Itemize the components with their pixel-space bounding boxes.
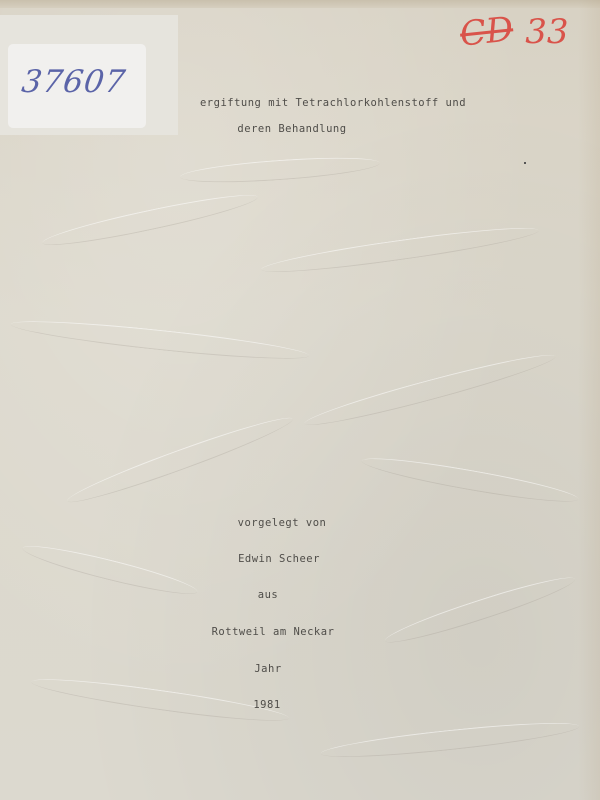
hometown: Rottweil am Neckar: [212, 626, 335, 638]
paper-texture: [64, 410, 296, 511]
from-label: aus: [258, 589, 278, 601]
red-handwritten-annotation: CD33: [460, 12, 569, 52]
submitted-by-label: vorgelegt von: [238, 517, 327, 529]
title-line-2: deren Behandlung: [237, 123, 346, 135]
red-scribble-mark: CD: [458, 9, 515, 54]
cover-right-edge: [578, 0, 600, 800]
document-cover: 37607 CD33 ergiftung mit Tetrachlorkohle…: [0, 0, 600, 800]
paper-texture: [360, 451, 580, 509]
paper-texture: [320, 716, 581, 763]
paper-texture: [20, 539, 199, 602]
paper-texture: [180, 153, 381, 187]
year-label: Jahr: [254, 663, 281, 675]
paper-texture: [260, 221, 540, 280]
paper-texture: [30, 672, 290, 728]
year: 1981: [253, 699, 280, 711]
cover-top-edge: [0, 0, 600, 8]
paper-texture: [40, 187, 259, 252]
red-handwritten-number: 33: [525, 12, 568, 52]
catalog-number: 37607: [19, 64, 154, 100]
paper-texture: [382, 570, 578, 651]
ink-speck: [524, 162, 526, 164]
paper-texture: [10, 314, 310, 365]
title-line-1: ergiftung mit Tetrachlorkohlenstoff und: [200, 97, 466, 109]
author-name: Edwin Scheer: [238, 553, 320, 565]
paper-texture: [302, 347, 558, 434]
